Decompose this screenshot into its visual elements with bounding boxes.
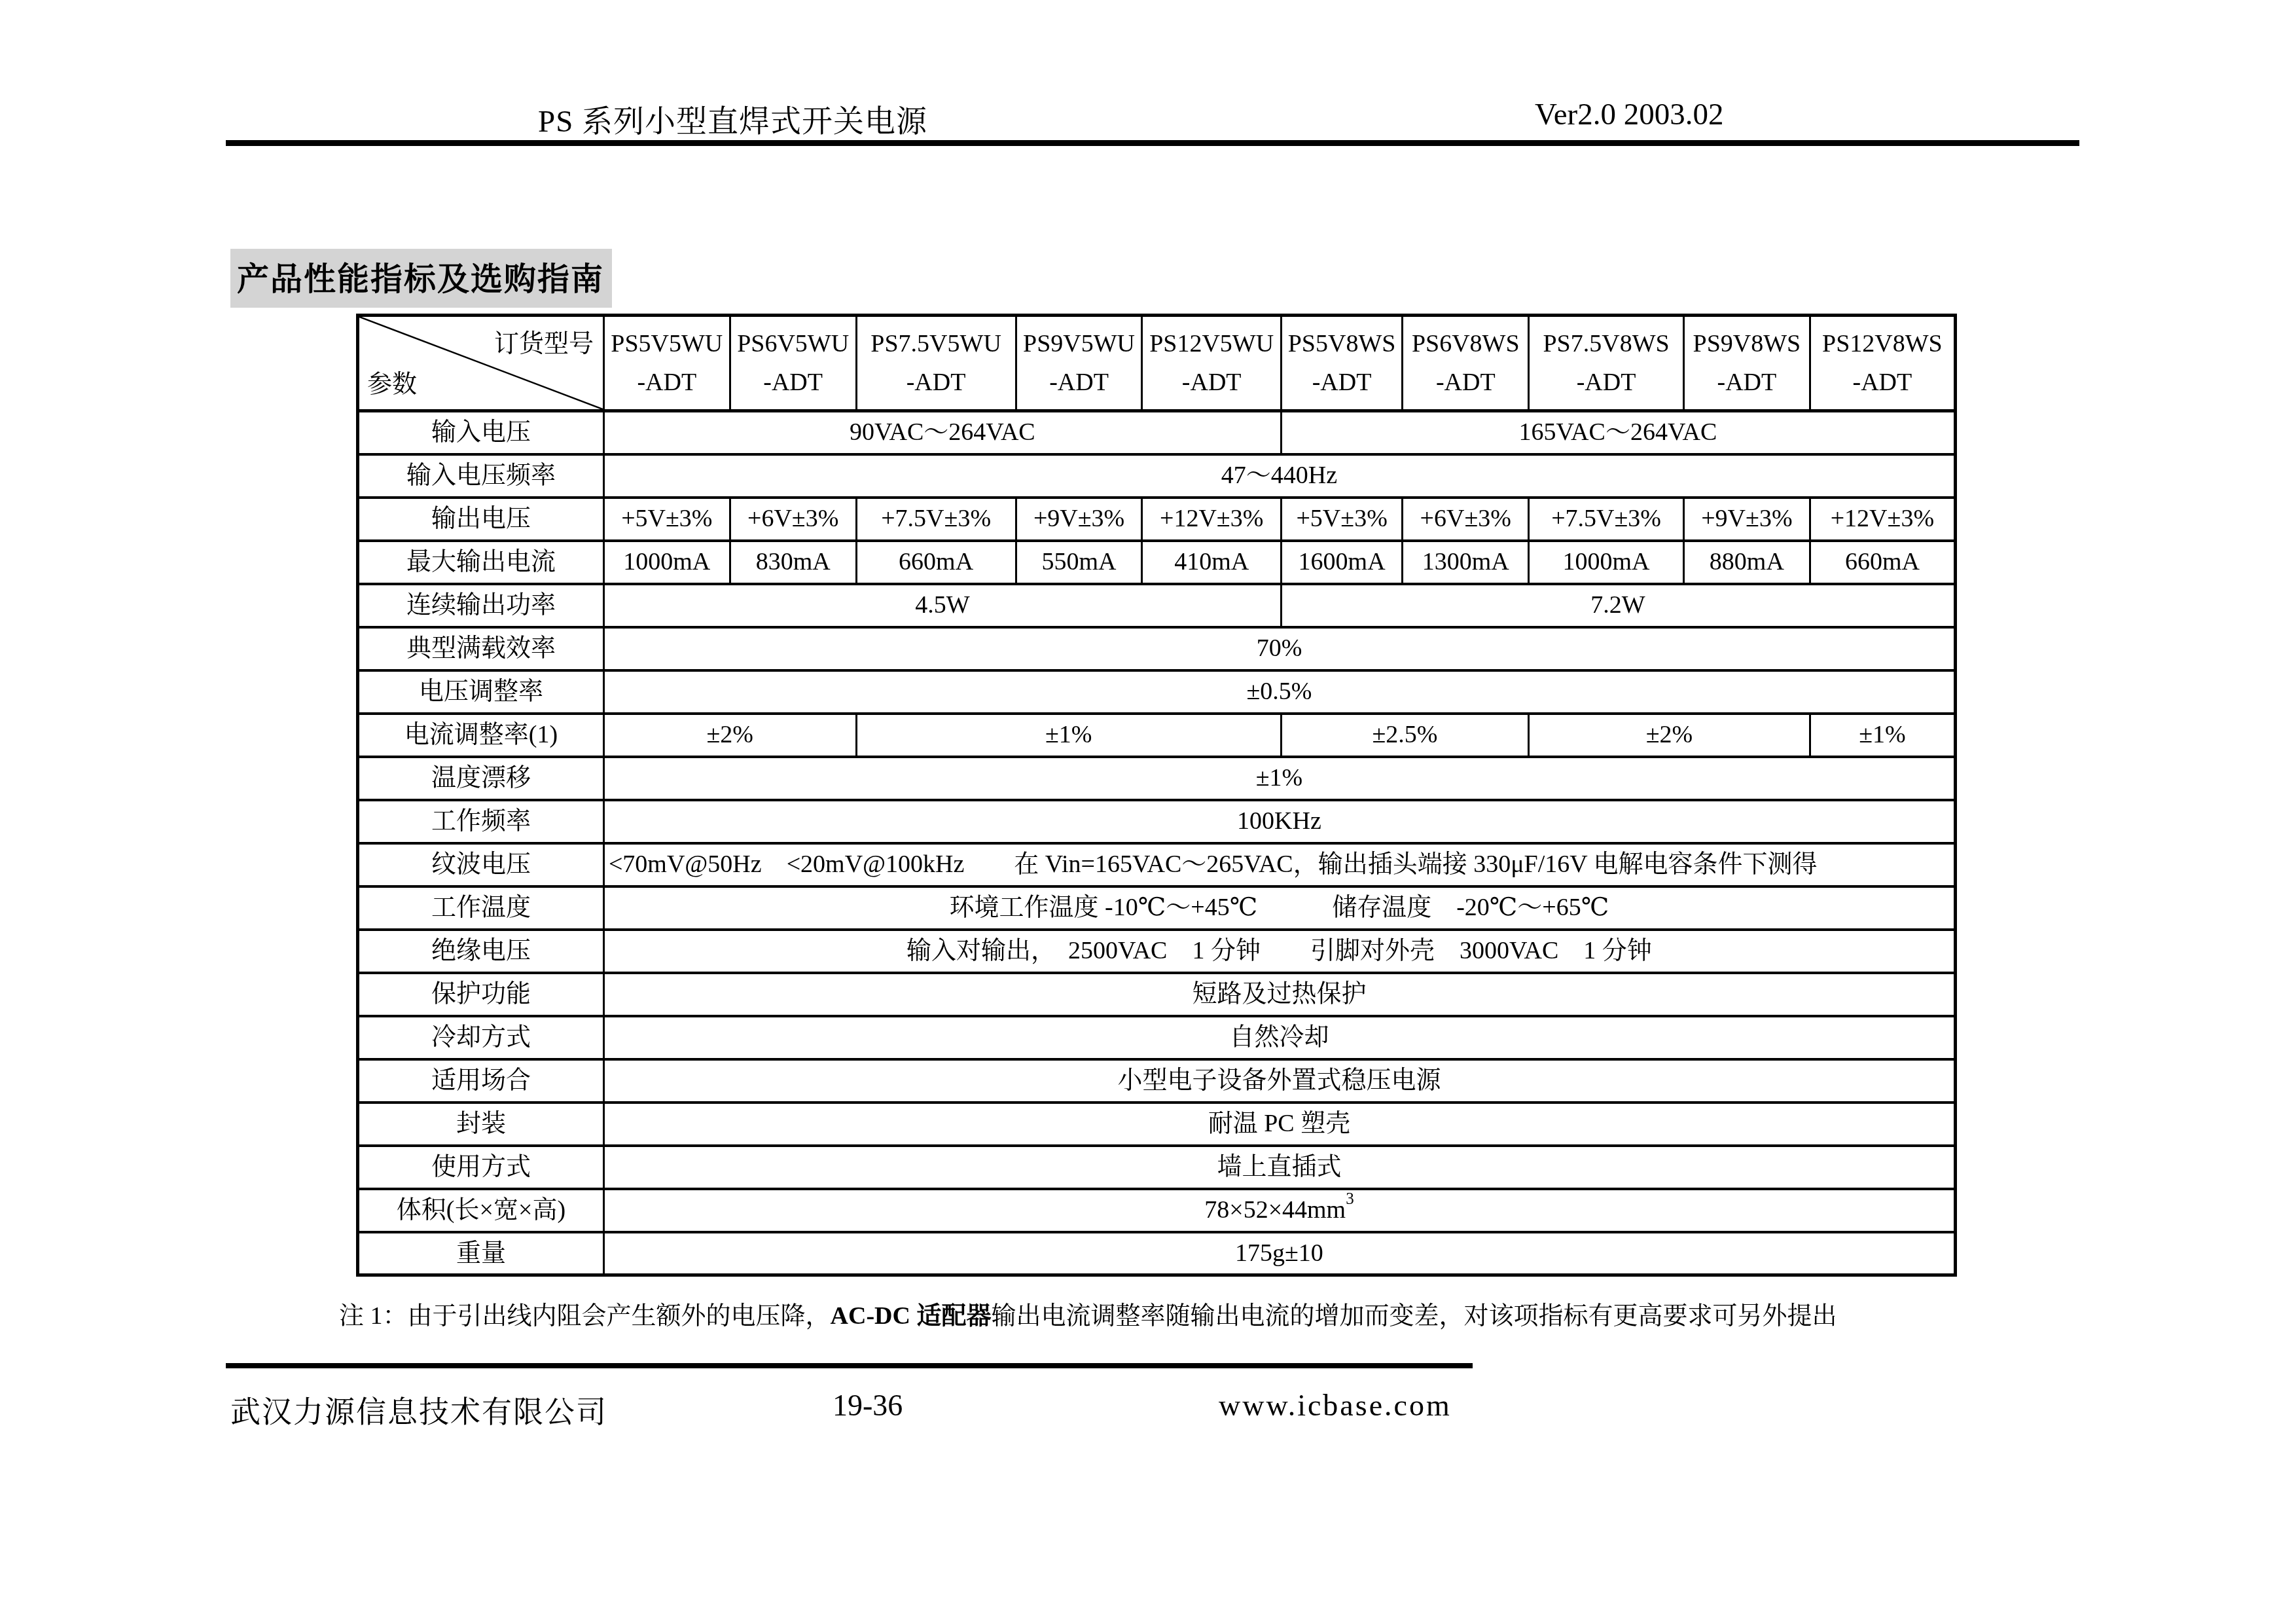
table-row: 使用方式墙上直插式 — [358, 1146, 1956, 1189]
footer-divider — [226, 1363, 1473, 1368]
model-suffix: -ADT — [1685, 363, 1809, 402]
spec-value-cell: 100KHz — [603, 800, 1955, 843]
spec-value-text: 880mA — [1710, 548, 1784, 575]
spec-value-text: ±1% — [1045, 721, 1092, 748]
spec-value-cell: 830mA — [730, 541, 856, 584]
row-label: 适用场合 — [358, 1059, 604, 1103]
spec-value-text: 175g±10 — [1235, 1239, 1323, 1267]
row-label: 工作频率 — [358, 800, 604, 843]
spec-value-cell: 1000mA — [1529, 541, 1684, 584]
row-label: 输入电压 — [358, 411, 604, 454]
spec-value-text: 7.2W — [1590, 591, 1645, 619]
spec-value-cell: +12V±3% — [1142, 498, 1281, 541]
spec-value-text: +7.5V±3% — [881, 505, 991, 532]
model-name: PS12V5WU — [1143, 325, 1280, 363]
table-row: 工作温度环境工作温度 -10℃～+45℃ 储存温度 -20℃～+65℃ — [358, 886, 1956, 930]
model-header-cell: PS12V8WS-ADT — [1810, 316, 1955, 411]
table-row: 连续输出功率4.5W7.2W — [358, 584, 1956, 627]
corner-label-order-model: 订货型号 — [494, 329, 594, 360]
spec-value-cell: 165VAC～264VAC — [1281, 411, 1955, 454]
model-name: PS6V8WS — [1403, 325, 1528, 363]
spec-value-cell: 1600mA — [1281, 541, 1403, 584]
spec-value-text: +12V±3% — [1160, 505, 1263, 532]
spec-value-cell: ±2% — [1529, 714, 1810, 757]
spec-value-cell: 7.2W — [1281, 584, 1955, 627]
row-label: 电压调整率 — [358, 670, 604, 714]
row-label: 工作温度 — [358, 886, 604, 930]
spec-value-cell: +9V±3% — [1683, 498, 1810, 541]
model-name: PS5V5WU — [605, 325, 729, 363]
table-row: 最大输出电流1000mA830mA660mA550mA410mA1600mA13… — [358, 541, 1956, 584]
model-suffix: -ADT — [1282, 363, 1402, 402]
spec-value-text: +12V±3% — [1831, 505, 1934, 532]
spec-value-cell: 墙上直插式 — [603, 1146, 1955, 1189]
table-row: 体积(长×宽×高)78×52×44mm3 — [358, 1189, 1956, 1232]
table-row: 输出电压+5V±3%+6V±3%+7.5V±3%+9V±3%+12V±3%+5V… — [358, 498, 1956, 541]
spec-value-text: 47～440Hz — [1221, 462, 1337, 489]
spec-value-text: ±2% — [1646, 721, 1693, 748]
spec-value-text: +6V±3% — [747, 505, 838, 532]
model-suffix: -ADT — [1017, 363, 1141, 402]
spec-value-cell: ±1% — [856, 714, 1281, 757]
spec-value-cell: 880mA — [1683, 541, 1810, 584]
spec-value-cell: 660mA — [1810, 541, 1955, 584]
footer-company: 武汉力源信息技术有限公司 — [230, 1388, 607, 1431]
row-label: 冷却方式 — [358, 1016, 604, 1059]
spec-value-cell: ±1% — [1810, 714, 1955, 757]
spec-value-cell: 410mA — [1142, 541, 1281, 584]
footer-website: www.icbase.com — [1219, 1388, 1452, 1423]
spec-value-cell: 550mA — [1016, 541, 1142, 584]
table-row: 输入电压频率47～440Hz — [358, 454, 1956, 498]
table-row: 适用场合小型电子设备外置式稳压电源 — [358, 1059, 1956, 1103]
spec-value-text: 410mA — [1174, 548, 1249, 575]
model-header-cell: PS5V8WS-ADT — [1281, 316, 1403, 411]
spec-value-text: +7.5V±3% — [1551, 505, 1661, 532]
model-name: PS9V5WU — [1017, 325, 1141, 363]
spec-value-cell: 1300mA — [1403, 541, 1529, 584]
spec-table-container: 订货型号 参数 PS5V5WU-ADTPS6V5WU-ADTPS7.5V5WU-… — [356, 314, 1957, 1277]
model-name: PS7.5V5WU — [857, 325, 1015, 363]
spec-value-text: 4.5W — [915, 591, 969, 619]
model-header-cell: PS9V8WS-ADT — [1683, 316, 1810, 411]
model-name: PS5V8WS — [1282, 325, 1402, 363]
spec-value-cell: 1000mA — [603, 541, 730, 584]
spec-value-text: ±1% — [1256, 764, 1303, 792]
model-suffix: -ADT — [605, 363, 729, 402]
page-title: PS 系列小型直焊式开关电源 — [538, 97, 927, 141]
footnote-bold-text: AC-DC 适配器 — [831, 1302, 992, 1330]
spec-value-cell: +7.5V±3% — [856, 498, 1016, 541]
row-label: 电流调整率(1) — [358, 714, 604, 757]
spec-value-cell: 90VAC～264VAC — [603, 411, 1281, 454]
table-row: 纹波电压<70mV@50Hz <20mV@100kHz 在 Vin=165VAC… — [358, 843, 1956, 886]
spec-value-text: <70mV@50Hz <20mV@100kHz 在 Vin=165VAC～265… — [609, 850, 1818, 878]
spec-value-cell: ±2% — [603, 714, 856, 757]
row-label: 温度漂移 — [358, 757, 604, 800]
row-label: 纹波电压 — [358, 843, 604, 886]
spec-value-text: 660mA — [1845, 548, 1920, 575]
model-name: PS9V8WS — [1685, 325, 1809, 363]
row-label: 保护功能 — [358, 973, 604, 1016]
spec-value-cell: 78×52×44mm3 — [603, 1189, 1955, 1232]
model-name: PS7.5V8WS — [1530, 325, 1683, 363]
spec-value-text: 100KHz — [1237, 807, 1321, 835]
row-label: 输入电压频率 — [358, 454, 604, 498]
model-header-cell: PS6V8WS-ADT — [1403, 316, 1529, 411]
footnote-text-1: 注 1：由于引出线内阻会产生额外的电压降， — [339, 1302, 831, 1330]
spec-value-superscript: 3 — [1346, 1190, 1354, 1208]
corner-cell: 订货型号 参数 — [358, 316, 604, 411]
spec-value-text: 70% — [1257, 634, 1302, 662]
table-row: 电压调整率±0.5% — [358, 670, 1956, 714]
spec-value-cell: 70% — [603, 627, 1955, 670]
version-label: Ver2.0 2003.02 — [1535, 97, 1724, 132]
model-suffix: -ADT — [1530, 363, 1683, 402]
model-header-cell: PS6V5WU-ADT — [730, 316, 856, 411]
row-label: 连续输出功率 — [358, 584, 604, 627]
spec-value-cell: 47～440Hz — [603, 454, 1955, 498]
row-label: 输出电压 — [358, 498, 604, 541]
section-title: 产品性能指标及选购指南 — [230, 249, 612, 308]
model-header-cell: PS9V5WU-ADT — [1016, 316, 1142, 411]
spec-value-text: 耐温 PC 塑壳 — [1208, 1110, 1350, 1137]
table-row: 输入电压90VAC～264VAC165VAC～264VAC — [358, 411, 1956, 454]
spec-value-text: ±0.5% — [1246, 678, 1312, 705]
model-suffix: -ADT — [1403, 363, 1528, 402]
spec-value-text: +9V±3% — [1701, 505, 1792, 532]
footnote-text-2: 输出电流调整率随输出电流的增加而变差，对该项指标有更高要求可另外提出 — [991, 1302, 1837, 1330]
spec-value-text: 环境工作温度 -10℃～+45℃ 储存温度 -20℃～+65℃ — [950, 894, 1609, 921]
spec-value-text: 短路及过热保护 — [1192, 980, 1366, 1008]
spec-value-text: 78×52×44mm — [1204, 1196, 1346, 1224]
table-row: 绝缘电压输入对输出， 2500VAC 1 分钟 引脚对外壳 3000VAC 1 … — [358, 930, 1956, 973]
footer-page-number: 19-36 — [833, 1388, 903, 1423]
spec-value-text: 165VAC～264VAC — [1519, 418, 1717, 446]
spec-value-cell: 小型电子设备外置式稳压电源 — [603, 1059, 1955, 1103]
model-suffix: -ADT — [1811, 363, 1954, 402]
model-name: PS12V8WS — [1811, 325, 1954, 363]
row-label: 体积(长×宽×高) — [358, 1189, 604, 1232]
spec-value-text: 550mA — [1042, 548, 1117, 575]
spec-value-cell: ±2.5% — [1281, 714, 1528, 757]
spec-value-text: +9V±3% — [1033, 505, 1124, 532]
table-row: 冷却方式自然冷却 — [358, 1016, 1956, 1059]
spec-value-text: 自然冷却 — [1229, 1023, 1329, 1051]
spec-value-text: 1000mA — [1563, 548, 1650, 575]
spec-value-cell: 短路及过热保护 — [603, 973, 1955, 1016]
spec-value-text: 墙上直插式 — [1217, 1153, 1341, 1180]
spec-table: 订货型号 参数 PS5V5WU-ADTPS6V5WU-ADTPS7.5V5WU-… — [356, 314, 1957, 1277]
spec-value-text: +5V±3% — [1296, 505, 1387, 532]
table-row: 重量175g±10 — [358, 1232, 1956, 1275]
model-header-cell: PS12V5WU-ADT — [1142, 316, 1281, 411]
row-label: 典型满载效率 — [358, 627, 604, 670]
spec-value-cell: +6V±3% — [1403, 498, 1529, 541]
corner-label-parameter: 参数 — [367, 369, 417, 401]
spec-value-cell: +7.5V±3% — [1529, 498, 1684, 541]
spec-value-cell: 4.5W — [603, 584, 1281, 627]
table-row: 封装耐温 PC 塑壳 — [358, 1103, 1956, 1146]
spec-value-cell: 660mA — [856, 541, 1016, 584]
table-row: 电流调整率(1)±2%±1%±2.5%±2%±1% — [358, 714, 1956, 757]
spec-table-body: 输入电压90VAC～264VAC165VAC～264VAC输入电压频率47～44… — [358, 411, 1956, 1275]
model-suffix: -ADT — [857, 363, 1015, 402]
row-label: 绝缘电压 — [358, 930, 604, 973]
spec-value-cell: 175g±10 — [603, 1232, 1955, 1275]
spec-value-text: ±2% — [706, 721, 753, 748]
spec-value-cell: 输入对输出， 2500VAC 1 分钟 引脚对外壳 3000VAC 1 分钟 — [603, 930, 1955, 973]
spec-value-text: 660mA — [899, 548, 973, 575]
row-label: 使用方式 — [358, 1146, 604, 1189]
footnote: 注 1：由于引出线内阻会产生额外的电压降，AC-DC 适配器输出电流调整率随输出… — [339, 1295, 1837, 1331]
table-row: 温度漂移±1% — [358, 757, 1956, 800]
model-suffix: -ADT — [731, 363, 855, 402]
model-header-cell: PS5V5WU-ADT — [603, 316, 730, 411]
model-header-cell: PS7.5V8WS-ADT — [1529, 316, 1684, 411]
spec-value-text: +5V±3% — [621, 505, 712, 532]
header-divider — [226, 140, 2079, 146]
spec-value-cell: 自然冷却 — [603, 1016, 1955, 1059]
spec-value-cell: 耐温 PC 塑壳 — [603, 1103, 1955, 1146]
row-label: 最大输出电流 — [358, 541, 604, 584]
spec-value-cell: +9V±3% — [1016, 498, 1142, 541]
spec-value-cell: +6V±3% — [730, 498, 856, 541]
spec-value-text: 1600mA — [1299, 548, 1386, 575]
row-label: 重量 — [358, 1232, 604, 1275]
spec-value-text: 90VAC～264VAC — [850, 418, 1035, 446]
spec-value-text: 830mA — [756, 548, 831, 575]
model-name: PS6V5WU — [731, 325, 855, 363]
model-header-cell: PS7.5V5WU-ADT — [856, 316, 1016, 411]
spec-value-text: 1300mA — [1422, 548, 1509, 575]
spec-value-text: 小型电子设备外置式稳压电源 — [1117, 1067, 1441, 1094]
spec-value-text: +6V±3% — [1420, 505, 1511, 532]
table-row: 保护功能短路及过热保护 — [358, 973, 1956, 1016]
spec-value-cell: ±1% — [603, 757, 1955, 800]
model-header-row: 订货型号 参数 PS5V5WU-ADTPS6V5WU-ADTPS7.5V5WU-… — [358, 316, 1956, 411]
table-row: 典型满载效率70% — [358, 627, 1956, 670]
spec-value-cell: ±0.5% — [603, 670, 1955, 714]
model-suffix: -ADT — [1143, 363, 1280, 402]
spec-value-cell: +5V±3% — [1281, 498, 1403, 541]
spec-value-text: 输入对输出， 2500VAC 1 分钟 引脚对外壳 3000VAC 1 分钟 — [906, 937, 1652, 964]
spec-value-text: 1000mA — [623, 548, 710, 575]
spec-value-cell: +5V±3% — [603, 498, 730, 541]
datasheet-page: { "header": { "title": "PS 系列小型直焊式开关电源",… — [0, 0, 2296, 1623]
spec-value-cell: +12V±3% — [1810, 498, 1955, 541]
spec-value-text: ±1% — [1859, 721, 1906, 748]
spec-value-cell: 环境工作温度 -10℃～+45℃ 储存温度 -20℃～+65℃ — [603, 886, 1955, 930]
row-label: 封装 — [358, 1103, 604, 1146]
spec-value-text: ±2.5% — [1372, 721, 1438, 748]
table-row: 工作频率100KHz — [358, 800, 1956, 843]
spec-value-cell: <70mV@50Hz <20mV@100kHz 在 Vin=165VAC～265… — [603, 843, 1955, 886]
